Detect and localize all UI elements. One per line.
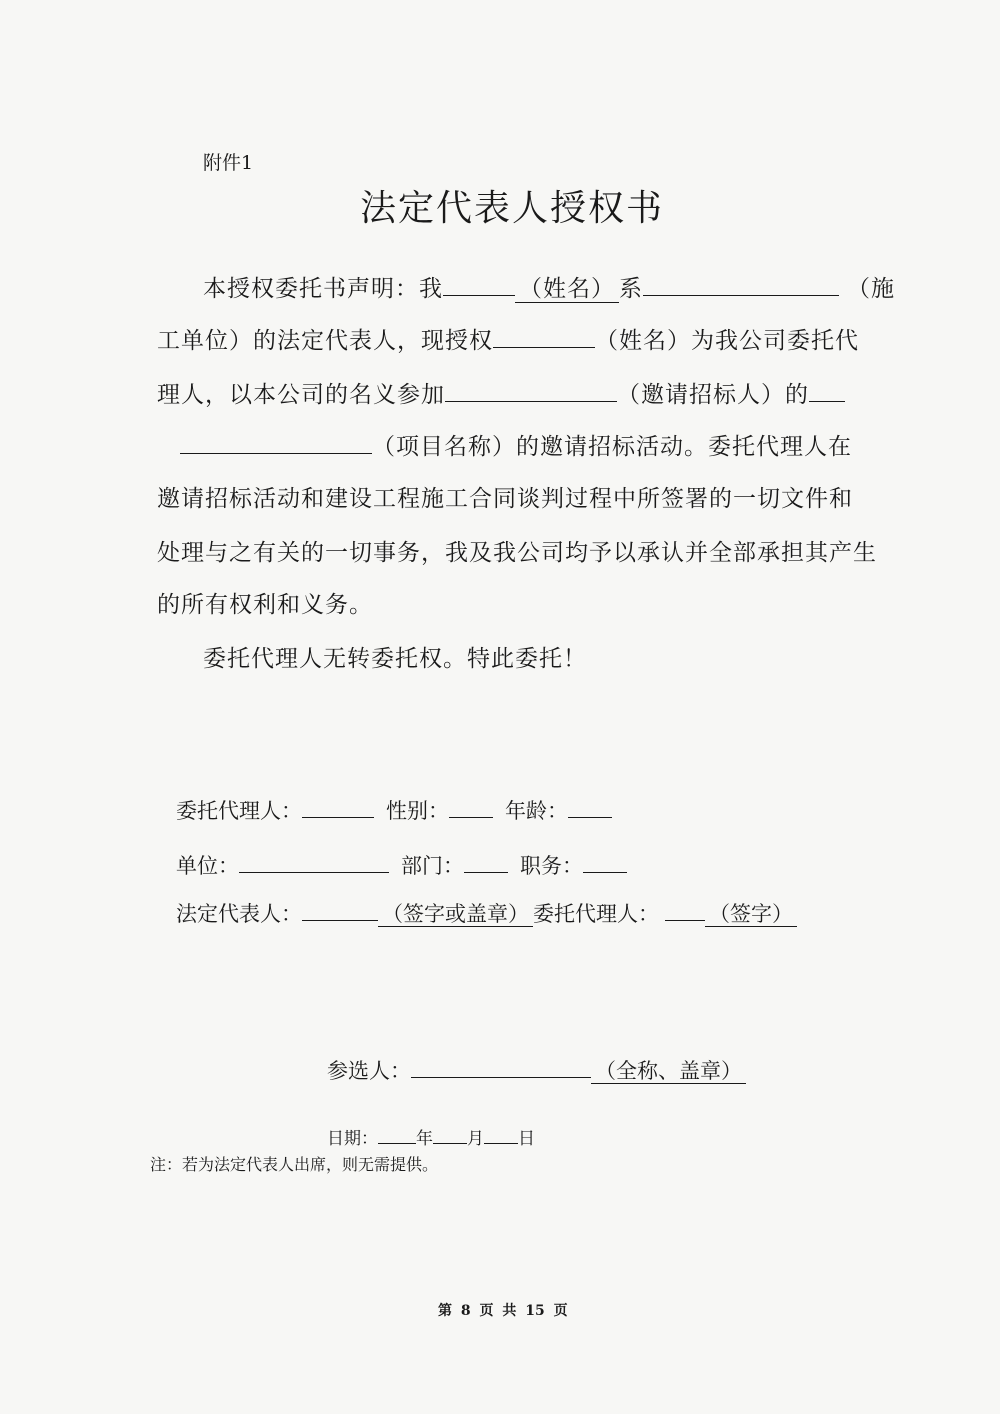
month-blank[interactable] — [433, 1127, 467, 1144]
body-line-7: 的所有权利和义务。 — [157, 586, 373, 619]
bidder-blank[interactable] — [411, 1057, 591, 1078]
dept-blank[interactable] — [464, 852, 508, 873]
body-line-8: 委托代理人无转委托权。特此委托！ — [203, 640, 587, 673]
agent-info-row: 委托代理人：性别：年龄： — [176, 795, 612, 825]
day-blank[interactable] — [484, 1127, 518, 1144]
date-row: 日期：年月日 — [327, 1124, 535, 1149]
year-blank[interactable] — [378, 1127, 416, 1144]
attachment-label: 附件1 — [203, 148, 253, 175]
footnote: 注：若为法定代表人出席，则无需提供。 — [150, 1152, 438, 1175]
position-blank[interactable] — [583, 852, 627, 873]
page-number: 第 8 页 共 15 页 — [438, 1300, 568, 1320]
body-line-5: 邀请招标活动和建设工程施工合同谈判过程中所签署的一切文件和 — [157, 480, 853, 513]
legal-rep-sign-blank[interactable] — [302, 900, 378, 921]
body-line-6: 处理与之有关的一切事务，我及我公司均予以承认并全部承担其产生 — [157, 534, 877, 567]
project-blank-a[interactable] — [809, 377, 845, 402]
body-line-2: 工单位）的法定代表人，现授权（姓名）为我公司委托代 — [157, 322, 859, 355]
inviter-blank[interactable] — [445, 377, 617, 402]
company-blank[interactable] — [643, 271, 839, 296]
agent-sign-blank[interactable] — [665, 900, 705, 921]
body-line-1: 本授权委托书声明：我（姓名）系（施 — [203, 270, 895, 303]
principal-name-blank[interactable] — [443, 271, 515, 296]
document-title: 法定代表人授权书 — [360, 180, 664, 231]
unit-blank[interactable] — [239, 852, 389, 873]
signature-row: 法定代表人：（签字或盖章）委托代理人：（签字） — [176, 898, 797, 928]
age-blank[interactable] — [568, 797, 612, 818]
agent-blank[interactable] — [302, 797, 374, 818]
body-line-3: 理人，以本公司的名义参加（邀请招标人）的 — [157, 376, 845, 409]
project-blank-b[interactable] — [180, 429, 372, 454]
bidder-row: 参选人：（全称、盖章） — [327, 1055, 746, 1085]
unit-info-row: 单位：部门：职务： — [176, 850, 627, 880]
body-line-4: （项目名称）的邀请招标活动。委托代理人在 — [180, 428, 852, 461]
gender-blank[interactable] — [449, 797, 493, 818]
agent-name-blank[interactable] — [493, 323, 595, 348]
